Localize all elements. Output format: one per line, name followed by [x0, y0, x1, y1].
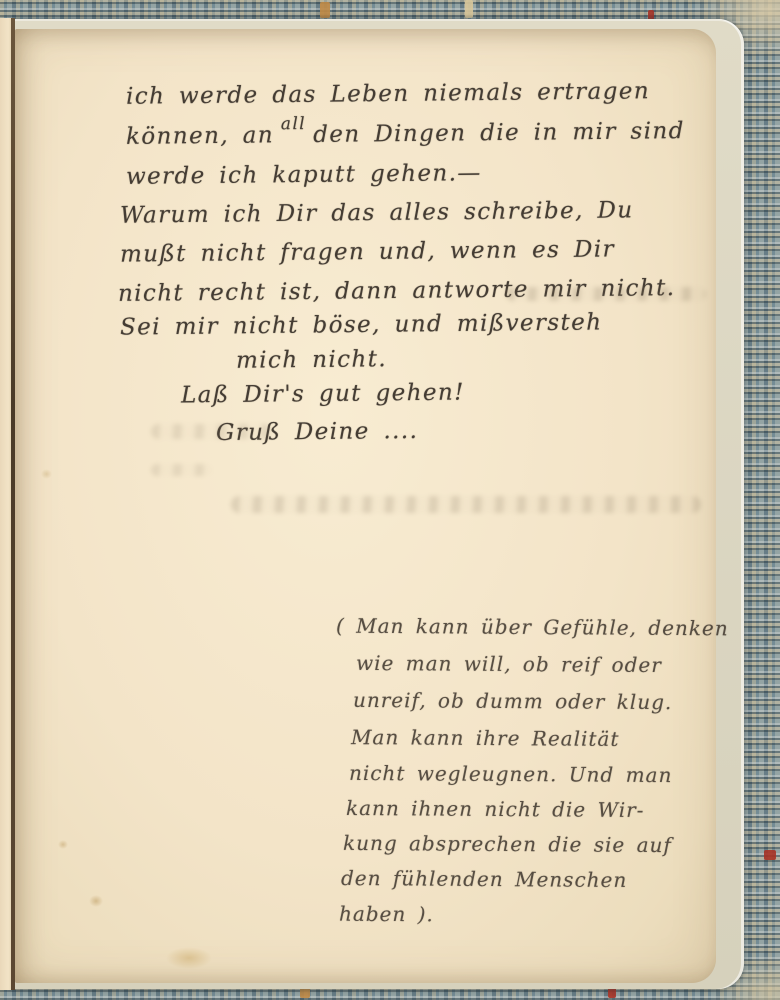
ink-bleedthrough: [151, 464, 213, 476]
ink-bleedthrough: [506, 287, 706, 301]
letter-line-9: Laß Dir's gut gehen!: [181, 380, 465, 409]
foxing-stain: [166, 947, 212, 969]
ink-bleedthrough: [151, 424, 271, 439]
photo-of-diary: ich werde das Leben niemals ertragen kön…: [0, 0, 780, 1000]
note-line-2: wie man will, ob reif oder: [356, 651, 662, 677]
letter-line-4: Warum ich Dir das alles schreibe, Du: [120, 197, 634, 228]
inserted-word: all: [281, 114, 306, 134]
note-line-8: den fühlenden Menschen: [341, 866, 627, 892]
note-line-5: nicht wegleugnen. Und man: [349, 761, 673, 787]
letter-line-1: ich werde das Leben niemals ertragen: [126, 78, 650, 109]
note-line-4: Man kann ihre Realität: [351, 725, 620, 751]
ink-bleedthrough: [231, 496, 701, 513]
letter-line-2-pre: können, an: [126, 122, 274, 150]
foxing-stain: [58, 840, 68, 849]
diary-page: ich werde das Leben niemals ertragen kön…: [15, 29, 716, 983]
fabric-thread-accent: [320, 2, 330, 18]
note-line-6: kann ihnen nicht die Wir-: [346, 796, 645, 822]
letter-line-8: mich nicht.: [236, 346, 387, 374]
letter-line-3: werde ich kaputt gehen.—: [126, 160, 482, 190]
letter-line-2: können, anallden Dingen die in mir sind: [126, 118, 685, 150]
foxing-stain: [89, 895, 103, 907]
fabric-thread-accent: [764, 850, 776, 860]
note-line-3: unreif, ob dumm oder klug.: [353, 688, 672, 714]
letter-line-5: mußt nicht fragen und, wenn es Dir: [120, 236, 615, 267]
foxing-stain: [41, 469, 52, 479]
letter-line-2-post: den Dingen die in mir sind: [313, 118, 685, 148]
note-line-9: haben ).: [339, 902, 434, 927]
note-line-7: kung absprechen die sie auf: [343, 831, 672, 857]
note-line-1: ( Man kann über Gefühle, denken: [336, 614, 729, 641]
fabric-thread-accent: [465, 0, 473, 18]
letter-line-7: Sei mir nicht böse, und mißversteh: [120, 309, 603, 340]
